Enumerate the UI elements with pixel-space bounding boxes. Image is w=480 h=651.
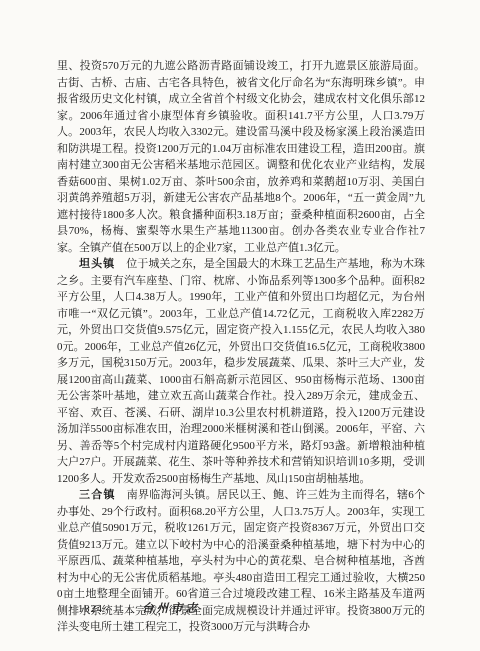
book-page: { "document": { "paragraphs": [ { "headi… bbox=[0, 0, 480, 651]
book-title: 台州市志 bbox=[142, 603, 200, 615]
footer-dot-right: · bbox=[103, 603, 116, 613]
text-column: 里、投资570万元的九遮公路沥青路面铺设竣工，打开九遮景区旅游局面。古街、古桥、… bbox=[57, 58, 425, 636]
paragraph-body: 位于城关之东，是全国最大的木珠工艺品生产基地，称为木珠之乡。主要有汽车座垫、门帘… bbox=[57, 258, 425, 485]
town-heading-tantou: 坦头镇 bbox=[79, 258, 115, 270]
paragraph-tantou-town: 坦头镇位于城关之东，是全国最大的木珠工艺品生产基地，称为木珠之乡。主要有汽车座垫… bbox=[57, 256, 425, 487]
paragraph-body: 里、投资570万元的九遮公路沥青路面铺设竣工，打开九遮景区旅游局面。古街、古桥、… bbox=[57, 60, 425, 254]
page-number: 1824 bbox=[78, 604, 103, 615]
page-footer: ·1824·台州市志 bbox=[65, 600, 200, 616]
town-heading-sanhe: 三合镇 bbox=[79, 489, 116, 501]
paragraph-continuation: 里、投资570万元的九遮公路沥青路面铺设竣工，打开九遮景区旅游局面。古街、古桥、… bbox=[57, 58, 425, 256]
footer-dot-left: · bbox=[65, 603, 78, 613]
